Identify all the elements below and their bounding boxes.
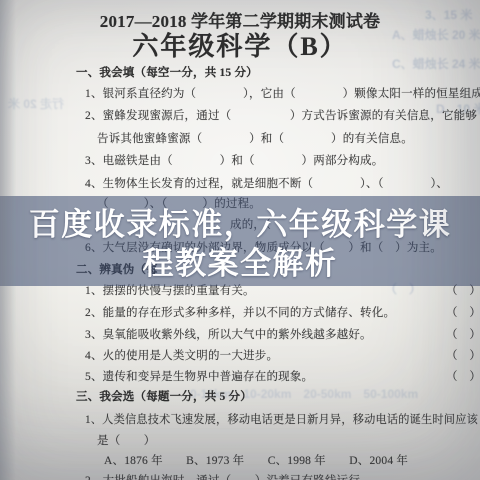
truefalse-question-4: 4、火的使用是人类文明的一大进步。 [85, 347, 278, 363]
choice-question-1-options: A、1876 年 B、1973 年 C、1998 年 D、2004 年 [104, 452, 408, 468]
caption-text-line2: 程教案全解析 [0, 238, 480, 283]
truefalse-question-2: 2、能量的存在形式多种多样，并以不同的方式储存、转化。 [85, 304, 395, 320]
fill-question-2-continued: 告诉其他蜜蜂蜜源（ ）和（ ）的有关信息。 [97, 130, 413, 146]
exam-title-line2: 六年级科学（B） [30, 26, 450, 63]
section-choice-header: 三、我会选（每题一分，共 5 分） [76, 388, 252, 404]
truefalse-question-3: 3、臭氧能吸收紫外线，所以大气中的紫外线越多越好。 [85, 326, 372, 342]
choice-question-2: 2、大批船舶出海时，通过（ ）沿着已有路线运行 [85, 472, 360, 480]
exam-paper-photo: 3、15 米 A、蜡烛长 20 米 C、蜡烛长 24 米 D、10 米 0-10… [0, 0, 480, 480]
answer-bracket: （ ） [446, 368, 480, 384]
fill-question-4: 4、生物体生长发育的过程，就是细胞不断（ ）、（ ）、 [85, 175, 448, 191]
choice-question-1: 1、人类信息技术飞速发展，移动电话更是日新月异，移动电话的诞生时间应该 [85, 411, 478, 427]
answer-bracket: （ ） [446, 304, 480, 320]
fill-question-3: 3、电磁铁是由（ ）和（ ）两部分构成。 [85, 152, 383, 168]
answer-bracket: （ ） [446, 326, 480, 342]
truefalse-question-5: 5、遗传和变异是生物界中普遍存在的现象。 [85, 368, 313, 384]
caption-banner: 百度收录标准，六年级科学课 程教案全解析 [0, 196, 480, 286]
bleed-through-text: 行走 20 米 [8, 95, 64, 112]
fill-question-2: 2、蜜蜂发现蜜源后，通过（ ）方式告诉蜜源的有关信息，它能够 [85, 107, 477, 123]
section-fill-header: 一、我会填（每空一分，共 15 分） [76, 64, 258, 80]
answer-bracket: （ ） [446, 347, 480, 363]
fill-question-1: 1、银河系直径约为（ ），它由（ ）颗像太阳一样的恒星组成。 [85, 85, 480, 101]
choice-question-1-continued: 是（ ） [97, 432, 156, 448]
